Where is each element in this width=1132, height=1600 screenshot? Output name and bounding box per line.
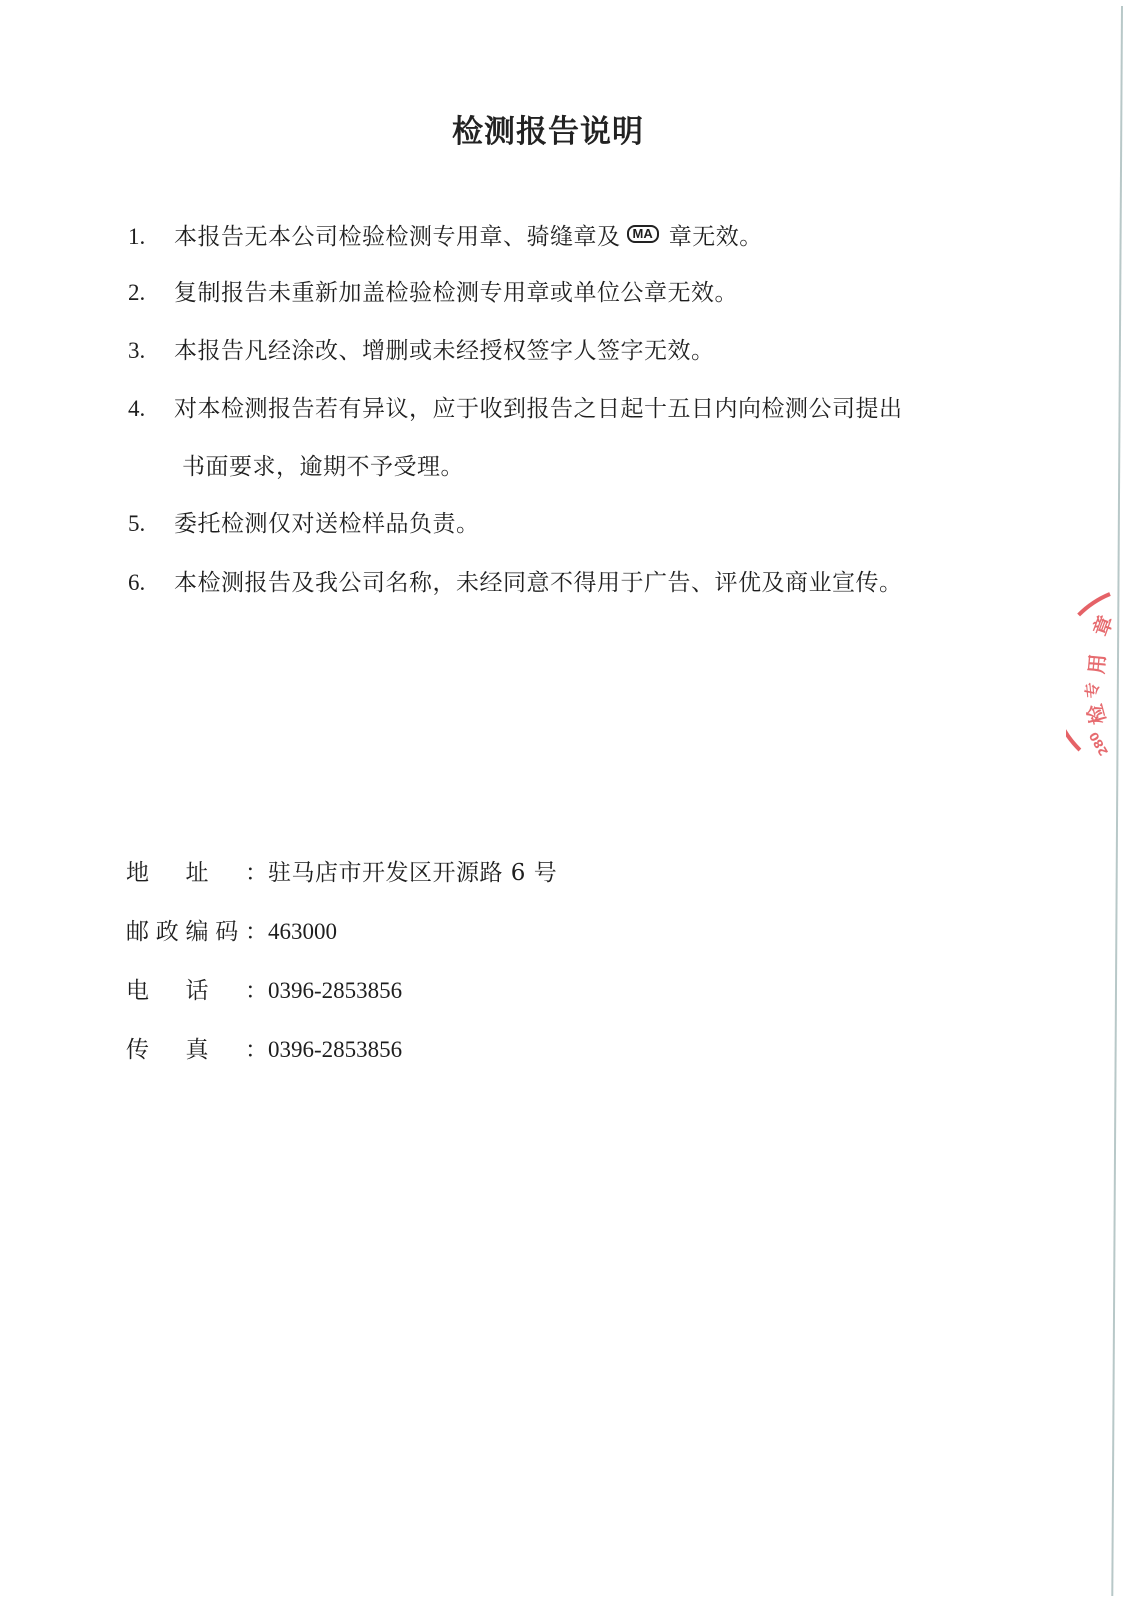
note-item-2: 2.复制报告未重新加盖检验检测专用章或单位公章无效。 [128, 278, 738, 308]
svg-text:280: 280 [1086, 729, 1111, 758]
note-number: 3. [128, 336, 174, 366]
contact-address: 地址：驻马店市开发区开源路 6 号 [126, 858, 557, 888]
note-item-1: 1.本报告无本公司检验检测专用章、骑缝章及MA章无效。 [128, 222, 763, 252]
note-item-4: 4.对本检测报告若有异议，应于收到报告之日起十五日内向检测公司提出 书面要求，逾… [128, 394, 903, 424]
svg-text:用: 用 [1084, 653, 1110, 675]
note-text-before: 本报告无本公司检验检测专用章、骑缝章及 [174, 224, 621, 250]
note-number: 5. [128, 509, 174, 539]
note-text-after: 章无效。 [669, 224, 763, 250]
contact-postcode: 邮政编码：463000 [126, 917, 337, 947]
fax-value: 0396-2853856 [268, 1035, 402, 1065]
contact-phone: 电话：0396-2853856 [126, 976, 402, 1006]
phone-value: 0396-2853856 [268, 976, 402, 1006]
address-label: 地址： [126, 858, 268, 888]
note-text: 本报告凡经涂改、增删或未经授权签字人签字无效。 [174, 336, 715, 366]
note-text: 本报告无本公司检验检测专用章、骑缝章及MA章无效。 [174, 222, 763, 252]
address-value: 驻马店市开发区开源路 6 号 [268, 858, 557, 888]
contact-fax: 传真：0396-2853856 [126, 1035, 402, 1065]
phone-label: 电话： [126, 976, 268, 1006]
note-continuation: 书面要求，逾期不予受理。 [182, 452, 464, 482]
note-number: 4. [128, 394, 174, 424]
note-text: 复制报告未重新加盖检验检测专用章或单位公章无效。 [174, 278, 738, 308]
note-number: 6. [128, 568, 174, 598]
note-item-5: 5.委托检测仅对送检样品负责。 [128, 509, 480, 539]
note-number: 2. [128, 278, 174, 308]
seal-stamp-icon: 章 用 专 检 280 [1066, 590, 1126, 775]
note-text: 本检测报告及我公司名称，未经同意不得用于广告、评优及商业宣传。 [174, 568, 903, 598]
postcode-value: 463000 [268, 917, 337, 947]
cma-mark-icon: MA [627, 225, 659, 243]
fax-label: 传真： [126, 1035, 268, 1065]
page-title: 检测报告说明 [0, 106, 1096, 151]
page-edge-line [1111, 6, 1122, 1596]
svg-text:章: 章 [1088, 612, 1117, 639]
note-text: 对本检测报告若有异议，应于收到报告之日起十五日内向检测公司提出 [174, 394, 903, 424]
svg-text:检: 检 [1082, 701, 1111, 727]
postcode-label: 邮政编码： [126, 917, 268, 947]
note-item-3: 3.本报告凡经涂改、增删或未经授权签字人签字无效。 [128, 336, 715, 366]
note-item-6: 6.本检测报告及我公司名称，未经同意不得用于广告、评优及商业宣传。 [128, 568, 903, 598]
note-number: 1. [128, 222, 174, 252]
svg-text:专: 专 [1082, 681, 1102, 699]
note-text: 委托检测仅对送检样品负责。 [174, 509, 480, 539]
